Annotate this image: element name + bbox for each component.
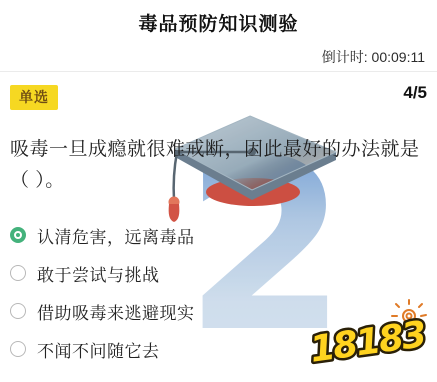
answer-option-1[interactable]: 认清危害，远离毒品: [10, 222, 427, 248]
answer-option-2[interactable]: 敢于尝试与挑战: [10, 260, 427, 286]
question-line-1: 吸毒一旦成瘾就很难戒断，因此最好的办法就是: [10, 134, 427, 165]
page-title: 毒品预防知识测验: [0, 9, 437, 36]
radio-unselected-icon[interactable]: [10, 341, 26, 357]
radio-unselected-icon[interactable]: [10, 303, 26, 319]
logo-18183-text: 18183: [308, 314, 428, 371]
answer-option-label: 认清危害，远离毒品: [37, 223, 195, 248]
radio-selected-icon[interactable]: [10, 227, 26, 243]
answer-option-label: 敢于尝试与挑战: [37, 261, 160, 286]
question-text: 吸毒一旦成瘾就很难戒断，因此最好的办法就是 （ ）。: [10, 134, 427, 196]
question-type-badge: 单选: [10, 85, 58, 110]
logo-18183: 18183: [303, 296, 433, 376]
countdown-timer: 倒计时: 00:09:11: [322, 47, 425, 67]
answer-option-label: 不闻不问随它去: [37, 337, 160, 362]
question-line-2: （ ）。: [10, 165, 427, 196]
answer-option-label: 借助吸毒来逃避现实: [37, 299, 195, 324]
radio-unselected-icon[interactable]: [10, 265, 26, 281]
question-progress: 4/5: [403, 83, 427, 103]
header-divider: [0, 71, 437, 72]
